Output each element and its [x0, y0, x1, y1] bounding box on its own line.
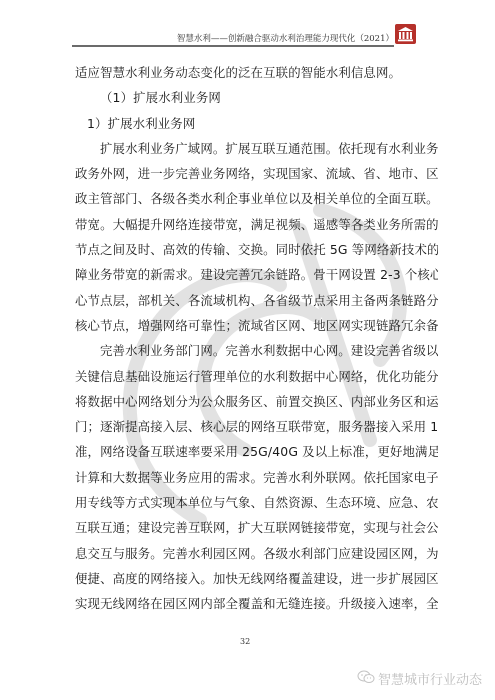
paragraph-line: 适应智慧水利业务动态变化的泛在互联的智能水利信息网。	[75, 60, 438, 85]
paragraph-line: 障业务带宽的新需求。建设完善冗余链路。骨干网设置 2-3 个核心节点，形成核	[75, 262, 438, 287]
brand-name: 智慧城市行业动态	[378, 669, 482, 688]
paragraph-line: 互联互通；建设完善互联网，扩大互联网链接带宽，实现与社会公众、企业的信	[75, 515, 438, 540]
paragraph-line: 计算和大数据等业务应用的需求。完善水利外联网。依托国家电子政务外网、租	[75, 465, 438, 490]
paragraph-line: 息交互与服务。完善水利园区网。各级水利部门应建设园区网，为各类终端提供	[75, 541, 438, 566]
document-body: 适应智慧水利业务动态变化的泛在互联的智能水利信息网。 （1）扩展水利业务网 1）…	[75, 60, 438, 617]
subsection-heading: 1）扩展水利业务网	[75, 111, 438, 136]
paragraph-line: 门；逐渐提高接入层、核心层的网络互联带宽，服务器接入采用 10G 及以上标	[75, 414, 438, 439]
footer-brand: 智慧城市行业动态	[357, 669, 482, 688]
wechat-icon	[357, 670, 375, 688]
paragraph-line: 用专线等方式实现本单位与气象、自然资源、生态环境、应急、农业等行业网络	[75, 490, 438, 515]
page-header: 智慧水利——创新融合驱动水利治理能力现代化（2021）	[72, 22, 424, 48]
building-columns-icon	[395, 24, 416, 44]
paragraph-line: 政务外网，进一步完善业务网络，实现国家、流域、省、地市、区县等各级水行	[75, 161, 438, 186]
paragraph-line: 关键信息基础设施运行管理单位的水利数据中心网络，优化功能分区，根据需要	[75, 364, 438, 389]
paragraph-line: 政主管部门、各级各类水利企事业单位以及相关单位的全面互联。全面提升互联	[75, 186, 438, 211]
section-heading: （1）扩展水利业务网	[75, 85, 438, 110]
header-title: 智慧水利——创新融合驱动水利治理能力现代化（2021）	[177, 32, 394, 44]
paragraph-line: 核心节点，增强网络可靠性；流域省区网、地区网实现链路冗余备份。	[75, 313, 438, 338]
paragraph-line: 便捷、高度的网络接入。加快无线网络覆盖建设，进一步扩展园区网覆盖范围，	[75, 566, 438, 591]
paragraph-line: 完善水利业务部门网。完善水利数据中心网。建设完善省级以上水利部门、	[75, 338, 438, 363]
header-divider	[72, 45, 394, 47]
paragraph-line: 扩展水利业务广域网。扩展互联互通范围。依托现有水利业务网和国家电子	[75, 136, 438, 161]
paragraph-line: 心节点层，部机关、各流域机构、各省级节点采用主备两条链路分别上联至两个	[75, 288, 438, 313]
paragraph-line: 将数据中心网络划分为公众服务区、前置交换区、内部业务区和运维管理区等部	[75, 389, 438, 414]
paragraph-line: 实现无线网络在园区网内部全覆盖和无缝连接。升级接入速率，全面提升各园区	[75, 591, 438, 616]
paragraph-line: 准，网络设备互联速率要采用 25G/40G 及以上标准，更好地满足不断新增的云	[75, 439, 438, 464]
paragraph-line: 节点之间及时、高效的传输、交换。同时依托 5G 等网络新技术的发展，适时保	[75, 237, 438, 262]
page-number: 32	[240, 637, 250, 646]
paragraph-line: 带宽。大幅提升网络连接带宽，满足视频、遥感等各类业务所需的各类信息在各	[75, 212, 438, 237]
